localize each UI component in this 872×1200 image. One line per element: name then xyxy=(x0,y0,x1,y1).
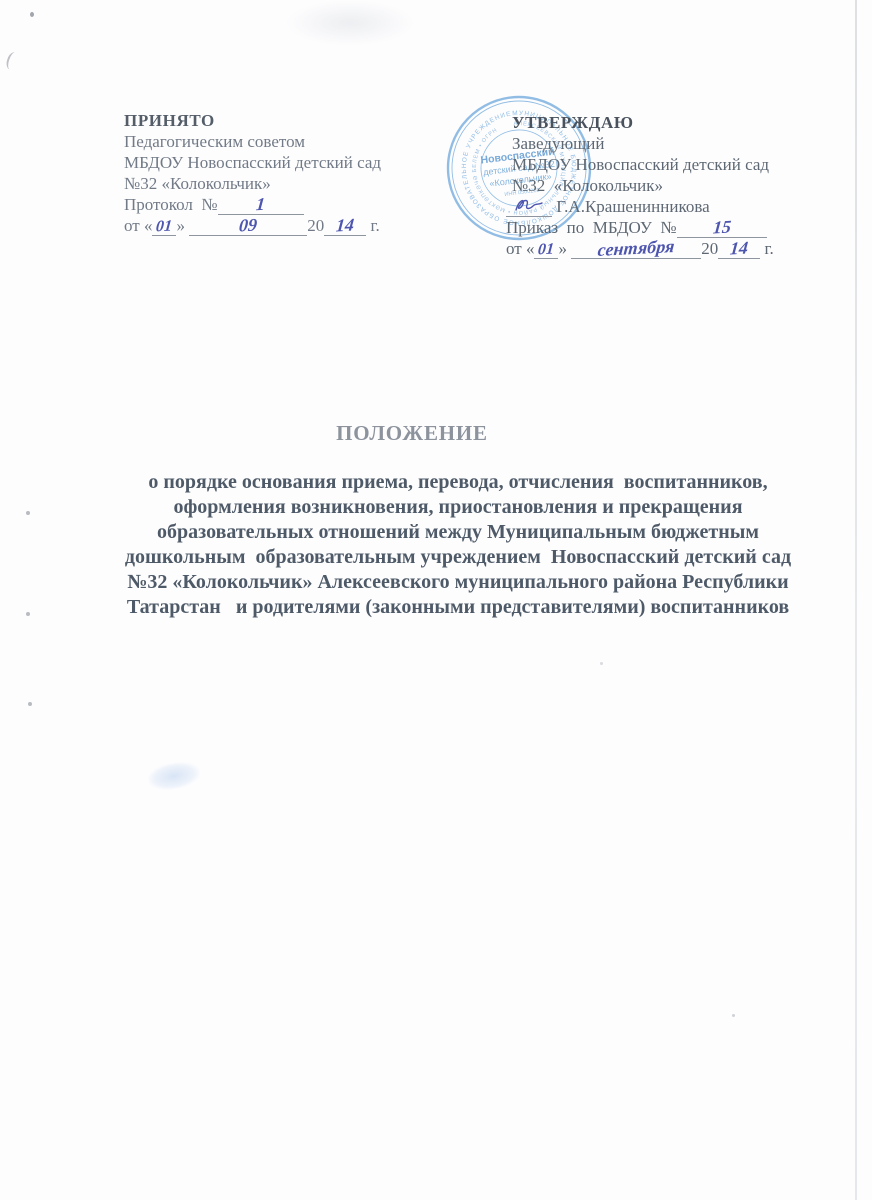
approved-org-line: МБДОУ Новоспасский детский сад xyxy=(512,154,774,175)
subtitle-line: Татарстан и родителями (законными предст… xyxy=(118,595,798,620)
date-year-handwritten: 14 xyxy=(335,216,355,236)
document-subtitle: о порядке основания приема, перевода, от… xyxy=(118,470,798,620)
scan-speck xyxy=(600,662,603,665)
head-name: Г.А.Крашенинникова xyxy=(552,197,710,216)
date-month-handwritten: 09 xyxy=(238,216,258,236)
date-day-handwritten: 01 xyxy=(538,240,556,260)
date-month-slot: сентября xyxy=(571,239,701,259)
subtitle-line: дошкольным образовательным учреждением Н… xyxy=(118,545,798,570)
scanned-document-page: МУНИЦИПАЛЬНОЕ БЮДЖЕТНОЕ ДОШКОЛЬНОЕ ОБРАЗ… xyxy=(0,0,872,1200)
scan-edge-line xyxy=(855,0,857,1200)
protocol-label: Протокол № xyxy=(124,195,218,214)
scan-speck xyxy=(732,1014,735,1017)
date-quote-close: » xyxy=(558,239,571,258)
signature-slot xyxy=(506,197,552,217)
date-year-slot: 14 xyxy=(718,239,760,259)
order-number-handwritten: 15 xyxy=(712,218,732,238)
ink-smudge xyxy=(146,759,202,794)
date-century: 20 xyxy=(701,239,718,258)
date-prefix: от « xyxy=(506,239,534,258)
signature-icon xyxy=(512,197,546,213)
date-prefix: от « xyxy=(124,216,152,235)
approved-date-line: от «01» сентября2014 г. xyxy=(506,238,774,259)
date-year-slot: 14 xyxy=(324,216,366,236)
subtitle-line: образовательных отношений между Муниципа… xyxy=(118,520,798,545)
scan-artifact xyxy=(4,51,20,72)
protocol-number-slot: 1 xyxy=(218,195,304,215)
order-label: Приказ по МБДОУ № xyxy=(506,218,677,237)
scan-smudge xyxy=(285,0,415,46)
accepted-block: ПРИНЯТО Педагогическим советом МБДОУ Нов… xyxy=(124,110,381,236)
date-day-slot: 01 xyxy=(534,239,558,259)
subtitle-line: о порядке основания приема, перевода, от… xyxy=(118,470,798,495)
scan-artifact xyxy=(30,12,34,17)
binding-mark xyxy=(26,511,30,515)
date-year-handwritten: 14 xyxy=(729,239,749,259)
approved-org-line: №32 «Колокольчик» xyxy=(512,175,774,196)
date-day-handwritten: 01 xyxy=(156,217,174,237)
binding-mark xyxy=(28,702,32,706)
approved-heading: УТВЕРЖДАЮ xyxy=(512,112,774,133)
accepted-heading: ПРИНЯТО xyxy=(124,110,381,131)
document-title: ПОЛОЖЕНИЕ xyxy=(0,421,824,446)
signature-line: Г.А.Крашенинникова xyxy=(506,196,774,217)
approved-org-line: Заведующий xyxy=(512,133,774,154)
accepted-org-line: МБДОУ Новоспасский детский сад xyxy=(124,152,381,173)
order-number-slot: 15 xyxy=(677,218,767,238)
accepted-org-line: Педагогическим советом xyxy=(124,131,381,152)
date-day-slot: 01 xyxy=(152,216,176,236)
protocol-line: Протокол №1 xyxy=(124,194,381,215)
binding-mark xyxy=(26,612,30,616)
date-suffix: г. xyxy=(760,239,774,258)
approved-block: УТВЕРЖДАЮ Заведующий МБДОУ Новоспасский … xyxy=(506,112,774,259)
date-quote-close: » xyxy=(176,216,189,235)
date-month-handwritten: сентября xyxy=(597,237,675,260)
subtitle-line: №32 «Колокольчик» Алексеевского муниципа… xyxy=(118,570,798,595)
date-month-slot: 09 xyxy=(189,216,307,236)
date-century: 20 xyxy=(307,216,324,235)
order-line: Приказ по МБДОУ №15 xyxy=(506,217,774,238)
accepted-date-line: от «01» 092014 г. xyxy=(124,215,381,236)
accepted-org-line: №32 «Колокольчик» xyxy=(124,173,381,194)
protocol-number-handwritten: 1 xyxy=(255,195,266,214)
subtitle-line: оформления возникновения, приостановлени… xyxy=(118,495,798,520)
date-suffix: г. xyxy=(366,216,380,235)
